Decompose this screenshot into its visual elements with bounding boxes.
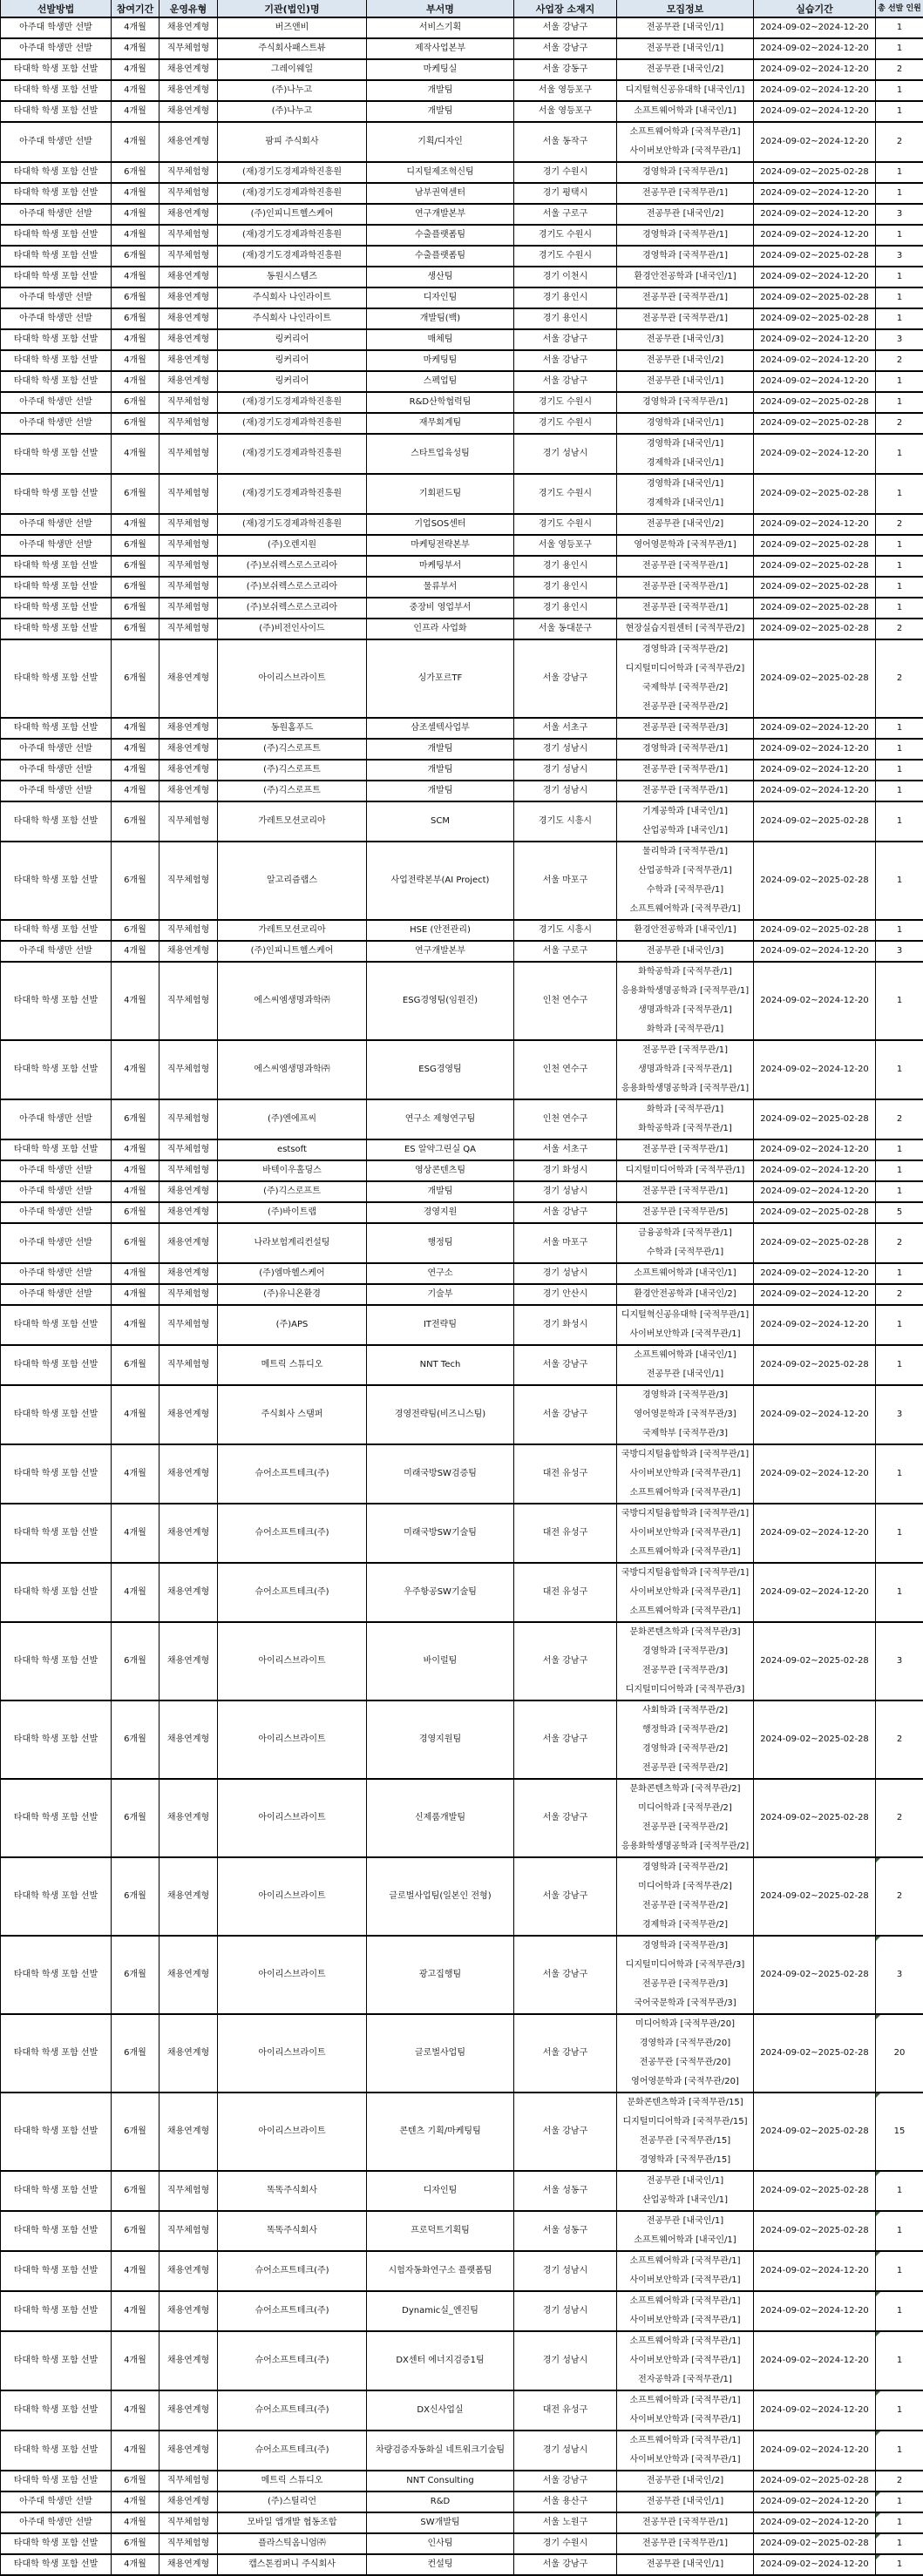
dates-cell: 2024-09-02~2024-12-20 [754, 1563, 876, 1622]
dates-cell: 2024-09-02~2024-12-20 [754, 2390, 876, 2431]
header-dates: 실습기간 [754, 0, 876, 17]
dates-cell: 2024-09-02~2024-12-20 [754, 371, 876, 392]
dates-cell: 2024-09-02~2024-12-20 [754, 59, 876, 80]
location-cell: 경기 성남시 [514, 2251, 617, 2291]
table-row: 타대학 학생 포함 선발4개월채용연계형주식회사 스탬퍼경영전략팀(비즈니스팀)… [1, 1385, 923, 1444]
dates-cell: 2024-09-02~2024-12-20 [754, 739, 876, 760]
method-cell: 타대학 학생 포함 선발 [1, 1139, 112, 1160]
period-cell: 4개월 [112, 38, 159, 59]
table-row: 타대학 학생 포함 선발6개월직무체험형메트릭 스튜디오NNT Consulti… [1, 2471, 923, 2491]
count-cell: 1 [876, 162, 923, 183]
count-cell: 1 [876, 101, 923, 122]
location-cell: 서울 영등포구 [514, 101, 617, 122]
location-cell: 서울 동작구 [514, 122, 617, 162]
recruit-cell: 미디어학과 [국적무관/20]경영학과 [국적무관/20]전공무관 [국적무관/… [617, 2014, 754, 2093]
location-cell: 서울 구로구 [514, 941, 617, 962]
type-cell: 직무체험형 [159, 392, 218, 413]
dept-cell: 연구개발본부 [367, 941, 514, 962]
dept-cell: NNT Consulting [367, 2471, 514, 2491]
table-row: 타대학 학생 포함 선발6개월직무체험형가레트모션코리아HSE (안전관리)경기… [1, 920, 923, 941]
recruit-item: 경제학과 [국적무관/2] [618, 1916, 752, 1935]
location-cell: 서울 성동구 [514, 2171, 617, 2211]
dept-cell: 중장비 영업부서 [367, 598, 514, 619]
dates-cell: 2024-09-02~2025-02-28 [754, 308, 876, 329]
recruit-item: 사이버보안학과 [국적무관/1] [618, 2271, 752, 2290]
count-cell: 1 [876, 2171, 923, 2211]
table-row: 타대학 학생 포함 선발4개월직무체험형(주)APSIT전략팀경기 화성시디지털… [1, 1305, 923, 1345]
table-row: 타대학 학생 포함 선발4개월직무체험형에스씨엠생명과학㈜ESG경영팀(임원진)… [1, 962, 923, 1040]
dept-cell: 영상콘텐츠팀 [367, 1160, 514, 1181]
table-row: 타대학 학생 포함 선발6개월직무체험형(재)경기도경제과학진흥원기회펀드팀경기… [1, 474, 923, 514]
recruit-item: 전공무관 [국적무관/3] [618, 1975, 752, 1994]
recruit-cell: 경영학과 [국적무관/2]디지털미디어학과 [국적무관/2]국제학부 [국적무관… [617, 639, 754, 718]
recruit-item: 경영학과 [국적무관/2] [618, 1740, 752, 1759]
recruit-item: 전공무관 [내국인/1] [618, 2555, 752, 2574]
location-cell: 경기 안산시 [514, 1284, 617, 1305]
location-cell: 경기도 수원시 [514, 392, 617, 413]
recruit-cell: 환경안전공학과 [내국인/2] [617, 1284, 754, 1305]
recruit-item: 전공무관 [내국인/2] [618, 2471, 752, 2491]
dates-cell: 2024-09-02~2024-12-20 [754, 80, 876, 101]
recruit-cell: 국방디지털융합학과 [국적무관/1]사이버보안학과 [국적무관/1]소프트웨어학… [617, 1444, 754, 1504]
recruit-item: 경영학과 [국적무관/2] [618, 640, 752, 659]
dept-cell: 기획/디자인 [367, 122, 514, 162]
org-cell: 주식회사 스탬퍼 [218, 1385, 367, 1444]
method-cell: 타대학 학생 포함 선발 [1, 162, 112, 183]
internship-table: 선발방법 참여기간 운영유형 기관(법인)명 부서명 사업장 소재지 모집정보 … [0, 0, 923, 2576]
org-cell: (주)유니온환경 [218, 1284, 367, 1305]
location-cell: 서울 강남구 [514, 639, 617, 718]
org-cell: (주)긱스로프트 [218, 760, 367, 781]
recruit-item: 경영학과 [국적무관/3] [618, 1937, 752, 1956]
method-cell: 아주대 학생만 선발 [1, 1160, 112, 1181]
type-cell: 채용연계형 [159, 2331, 218, 2390]
type-cell: 직무체험형 [159, 38, 218, 59]
table-row: 아주대 학생만 선발4개월직무체험형(주)유니온환경기술부경기 안산시환경안전공… [1, 1284, 923, 1305]
method-cell: 타대학 학생 포함 선발 [1, 2331, 112, 2390]
table-row: 아주대 학생만 선발4개월채용연계형(주)인피니트헬스케어연구개발본부서울 구로… [1, 941, 923, 962]
recruit-cell: 디지털혁신공유대학 [국적무관/1]사이버보안학과 [국적무관/1] [617, 1305, 754, 1345]
period-cell: 6개월 [112, 2093, 159, 2171]
org-cell: (주)오렌지원 [218, 535, 367, 556]
recruit-item: 디지털미디어학과 [국적무관/1] [618, 1161, 752, 1180]
count-cell: 1 [876, 1263, 923, 1284]
recruit-item: 전공무관 [국적무관/2] [618, 698, 752, 717]
recruit-cell: 화학과 [국적무관/1]화학공학과 [국적무관/1] [617, 1099, 754, 1139]
org-cell: (주)긱스로프트 [218, 1181, 367, 1202]
table-row: 타대학 학생 포함 선발4개월채용연계형(주)나누고개발팀서울 영등포구소프트웨… [1, 101, 923, 122]
recruit-item: 소프트웨어학과 [국적무관/1] [618, 2332, 752, 2351]
recruit-item: 전공무관 [국적무관/1] [618, 1182, 752, 1201]
location-cell: 경기 평택시 [514, 183, 617, 204]
recruit-cell: 전공무관 [내국인/1] [617, 17, 754, 38]
recruit-item: 국어국문학과 [국적무관/3] [618, 1994, 752, 2013]
table-row: 타대학 학생 포함 선발4개월채용연계형슈어소프트테크(주)미래국방SW검증팀대… [1, 1444, 923, 1504]
type-cell: 채용연계형 [159, 1857, 218, 1936]
dept-cell: 우주항공SW기술팀 [367, 1563, 514, 1622]
type-cell: 직무체험형 [159, 1345, 218, 1385]
dept-cell: 개발팀 [367, 760, 514, 781]
recruit-cell: 소프트웨어학과 [내국인/1] [617, 1263, 754, 1284]
dates-cell: 2024-09-02~2025-02-28 [754, 1345, 876, 1385]
dept-cell: 미래국방SW기술팀 [367, 1504, 514, 1563]
org-cell: 아이리스브라이트 [218, 1622, 367, 1700]
recruit-cell: 전공무관 [국적무관/1] [617, 2512, 754, 2533]
type-cell: 채용연계형 [159, 122, 218, 162]
location-cell: 서울 강남구 [514, 1622, 617, 1700]
type-cell: 직무체험형 [159, 225, 218, 246]
method-cell: 타대학 학생 포함 선발 [1, 801, 112, 842]
count-cell: 1 [876, 1444, 923, 1504]
recruit-cell: 소프트웨어학과 [내국인/1] [617, 101, 754, 122]
org-cell: (주)인피니트헬스케어 [218, 204, 367, 225]
org-cell: 동원시스템즈 [218, 267, 367, 287]
recruit-item: 전공무관 [국적무관/1] [618, 1140, 752, 1160]
period-cell: 4개월 [112, 962, 159, 1040]
dates-cell: 2024-09-02~2024-12-20 [754, 17, 876, 38]
recruit-item: 전자공학과 [국적무관/1] [618, 2370, 752, 2390]
org-cell: (주)보쉬렉스로스코리아 [218, 556, 367, 577]
recruit-cell: 전공무관 [국적무관/1] [617, 577, 754, 598]
table-row: 타대학 학생 포함 선발4개월채용연계형슈어소프트테크(주)미래국방SW기술팀대… [1, 1504, 923, 1563]
location-cell: 대전 유성구 [514, 1504, 617, 1563]
table-row: 아주대 학생만 선발4개월직무체험형(재)경기도경제과학진흥원기업SOS센터경기… [1, 514, 923, 535]
method-cell: 타대학 학생 포함 선발 [1, 842, 112, 920]
table-row: 타대학 학생 포함 선발4개월채용연계형링커리어스펙업팀서울 강남구전공무관 [… [1, 371, 923, 392]
org-cell: 슈어소프트테크(주) [218, 2390, 367, 2431]
recruit-item: 화학공학과 [국적무관/1] [618, 963, 752, 982]
period-cell: 4개월 [112, 2491, 159, 2512]
count-cell: 1 [876, 434, 923, 474]
location-cell: 경기 용인시 [514, 287, 617, 308]
count-cell: 3 [876, 246, 923, 267]
count-cell: 1 [876, 598, 923, 619]
recruit-item: 사이버보안학과 [국적무관/1] [618, 142, 752, 161]
table-row: 타대학 학생 포함 선발4개월직무체험형estsoftES 알약그린실 QA서울… [1, 1139, 923, 1160]
period-cell: 4개월 [112, 183, 159, 204]
period-cell: 6개월 [112, 598, 159, 619]
table-row: 타대학 학생 포함 선발4개월직무체험형(재)경기도경제과학진흥원남부권역센터경… [1, 183, 923, 204]
table-row: 타대학 학생 포함 선발6개월채용연계형아이리스브라이트신제품개발팀서울 강남구… [1, 1779, 923, 1857]
table-row: 타대학 학생 포함 선발4개월직무체험형(재)경기도경제과학진흥원수출플랫폼팀경… [1, 225, 923, 246]
method-cell: 아주대 학생만 선발 [1, 122, 112, 162]
recruit-item: 전공무관 [내국인/3] [618, 942, 752, 961]
period-cell: 4개월 [112, 2554, 159, 2575]
location-cell: 서울 강남구 [514, 1345, 617, 1385]
location-cell: 서울 강남구 [514, 1700, 617, 1779]
table-row: 아주대 학생만 선발4개월직무체험형바텍이우홀딩스영상콘텐츠팀경기 화성시디지털… [1, 1160, 923, 1181]
location-cell: 서울 강남구 [514, 371, 617, 392]
method-cell: 타대학 학생 포함 선발 [1, 598, 112, 619]
recruit-item: 경영학과 [국적무관/2] [618, 1858, 752, 1877]
org-cell: 가레트모션코리아 [218, 920, 367, 941]
dept-cell: 개발팀 [367, 781, 514, 801]
org-cell: 에스씨엠생명과학㈜ [218, 1040, 367, 1099]
dept-cell: 차량검증자동화실 네트워크기술팀 [367, 2431, 514, 2471]
type-cell: 직무체험형 [159, 556, 218, 577]
org-cell: 아이리스브라이트 [218, 1857, 367, 1936]
org-cell: (주)보쉬렉스로스코리아 [218, 577, 367, 598]
count-cell: 1 [876, 1345, 923, 1385]
dept-cell: 재무회계팀 [367, 413, 514, 434]
table-row: 타대학 학생 포함 선발4개월직무체험형(재)경기도경제과학진흥원스타트업육성팀… [1, 434, 923, 474]
recruit-item: 전공무관 [국적무관/1] [618, 288, 752, 308]
recruit-cell: 전공무관 [국적무관/3] [617, 718, 754, 739]
period-cell: 6개월 [112, 474, 159, 514]
dept-cell: 생산팀 [367, 267, 514, 287]
org-cell: 캡스톤컴퍼니 주식회사 [218, 2554, 367, 2575]
dept-cell: 마케팅팀 [367, 350, 514, 371]
recruit-cell: 물리학과 [국적무관/1]산업공학과 [국적무관/1]수학과 [국적무관/1]소… [617, 842, 754, 920]
location-cell: 서울 마포구 [514, 1223, 617, 1263]
method-cell: 타대학 학생 포함 선발 [1, 1936, 112, 2014]
method-cell: 타대학 학생 포함 선발 [1, 350, 112, 371]
org-cell: 슈어소프트테크(주) [218, 1563, 367, 1622]
location-cell: 서울 영등포구 [514, 80, 617, 101]
recruit-item: 디지털혁신공유대학 [내국인/1] [618, 81, 752, 100]
org-cell: 링커리어 [218, 329, 367, 350]
location-cell: 경기도 수원시 [514, 514, 617, 535]
org-cell: 슈어소프트테크(주) [218, 1444, 367, 1504]
table-row: 아주대 학생만 선발6개월직무체험형(재)경기도경제과학진흥원R&D산학협력팀경… [1, 392, 923, 413]
dept-cell: 기술부 [367, 1284, 514, 1305]
period-cell: 4개월 [112, 2431, 159, 2471]
table-row: 타대학 학생 포함 선발6개월채용연계형아이리스브라이트콘텐츠 기획/마케팅팀서… [1, 2093, 923, 2171]
recruit-cell: 디지털미디어학과 [국적무관/1] [617, 1160, 754, 1181]
recruit-item: 디지털혁신공유대학 [국적무관/1] [618, 1306, 752, 1325]
recruit-item: 전공무관 [내국인/1] [618, 2492, 752, 2512]
recruit-item: 응용화학생명공학과 [국적무관/1] [618, 982, 752, 1001]
recruit-item: 소프트웨어학과 [국적무관/1] [618, 2252, 752, 2271]
count-cell: 2 [876, 1700, 923, 1779]
dates-cell: 2024-09-02~2025-02-28 [754, 392, 876, 413]
table-row: 타대학 학생 포함 선발6개월직무체험형똑똑주식회사프로덕트기획팀서울 성동구전… [1, 2211, 923, 2251]
recruit-item: 경영학과 [국적무관/1] [618, 247, 752, 266]
period-cell: 6개월 [112, 1223, 159, 1263]
dept-cell: 글로벌사업팀 [367, 2014, 514, 2093]
table-row: 타대학 학생 포함 선발4개월채용연계형동원홈푸드삼조셀텍사업부서울 서초구전공… [1, 718, 923, 739]
recruit-cell: 소프트웨어학과 [국적무관/1]사이버보안학과 [국적무관/1]전자공학과 [국… [617, 2331, 754, 2390]
period-cell: 6개월 [112, 639, 159, 718]
location-cell: 경기도 수원시 [514, 474, 617, 514]
recruit-cell: 전공무관 [내국인/2] [617, 204, 754, 225]
recruit-item: 전공무관 [국적무관/20] [618, 2053, 752, 2072]
recruit-item: 사이버보안학과 [국적무관/1] [618, 1325, 752, 1344]
type-cell: 직무체험형 [159, 598, 218, 619]
location-cell: 경기 성남시 [514, 1263, 617, 1284]
method-cell: 타대학 학생 포함 선발 [1, 2171, 112, 2211]
type-cell: 채용연계형 [159, 639, 218, 718]
recruit-item: 경영학과 [내국인/1] [618, 414, 752, 433]
recruit-item: 전공무관 [내국인/2] [618, 205, 752, 224]
table-row: 타대학 학생 포함 선발6개월직무체험형(주)보쉬렉스로스코리아마케팅부서경기 … [1, 556, 923, 577]
recruit-cell: 전공무관 [국적무관/1] [617, 2533, 754, 2554]
recruit-cell: 경영학과 [내국인/1] [617, 413, 754, 434]
location-cell: 서울 강동구 [514, 59, 617, 80]
period-cell: 4개월 [112, 1284, 159, 1305]
dept-cell: 행정팀 [367, 1223, 514, 1263]
dept-cell: 매체팀 [367, 329, 514, 350]
recruit-item: 전공무관 [국적무관/1] [618, 578, 752, 597]
type-cell: 채용연계형 [159, 329, 218, 350]
recruit-item: 소프트웨어학과 [국적무관/1] [618, 1484, 752, 1503]
dates-cell: 2024-09-02~2024-12-20 [754, 941, 876, 962]
type-cell: 채용연계형 [159, 1202, 218, 1223]
recruit-item: 응용화학생명공학과 [국적무관/1] [618, 1079, 752, 1099]
recruit-item: 화학과 [국적무관/1] [618, 1100, 752, 1119]
type-cell: 직무체험형 [159, 246, 218, 267]
dates-cell: 2024-09-02~2024-12-20 [754, 225, 876, 246]
type-cell: 채용연계형 [159, 2390, 218, 2431]
count-cell: 2 [876, 350, 923, 371]
location-cell: 서울 강남구 [514, 1385, 617, 1444]
method-cell: 타대학 학생 포함 선발 [1, 1345, 112, 1385]
dept-cell: 싱가포르TF [367, 639, 514, 718]
type-cell: 직무체험형 [159, 1305, 218, 1345]
type-cell: 채용연계형 [159, 718, 218, 739]
table-row: 타대학 학생 포함 선발4개월채용연계형슈어소프트테크(주)우주항공SW기술팀대… [1, 1563, 923, 1622]
dept-cell: 미래국방SW검증팀 [367, 1444, 514, 1504]
dates-cell: 2024-09-02~2024-12-20 [754, 350, 876, 371]
count-cell: 1 [876, 577, 923, 598]
period-cell: 6개월 [112, 2171, 159, 2211]
period-cell: 6개월 [112, 920, 159, 941]
location-cell: 경기 수원시 [514, 162, 617, 183]
location-cell: 대전 유성구 [514, 1444, 617, 1504]
location-cell: 서울 강남구 [514, 2093, 617, 2171]
period-cell: 6개월 [112, 801, 159, 842]
type-cell: 채용연계형 [159, 2251, 218, 2291]
recruit-item: 디지털미디어학과 [국적무관/3] [618, 1956, 752, 1975]
period-cell: 4개월 [112, 514, 159, 535]
dates-cell: 2024-09-02~2024-12-20 [754, 434, 876, 474]
dates-cell: 2024-09-02~2025-02-28 [754, 1779, 876, 1857]
table-row: 타대학 학생 포함 선발6개월채용연계형아이리스브라이트싱가포르TF서울 강남구… [1, 639, 923, 718]
dates-cell: 2024-09-02~2024-12-20 [754, 1305, 876, 1345]
method-cell: 타대학 학생 포함 선발 [1, 59, 112, 80]
type-cell: 채용연계형 [159, 1444, 218, 1504]
recruit-item: 전공무관 [내국인/2] [618, 515, 752, 534]
location-cell: 경기 성남시 [514, 2331, 617, 2390]
dates-cell: 2024-09-02~2025-02-28 [754, 1622, 876, 1700]
location-cell: 서울 강남구 [514, 329, 617, 350]
dept-cell: IT전략팀 [367, 1305, 514, 1345]
dates-cell: 2024-09-02~2025-02-28 [754, 1202, 876, 1223]
period-cell: 4개월 [112, 739, 159, 760]
recruit-item: 소프트웨어학과 [국적무관/1] [618, 123, 752, 142]
org-cell: (재)경기도경제과학진흥원 [218, 225, 367, 246]
table-row: 타대학 학생 포함 선발6개월직무체험형(주)비전인사이드인프라 사업화서울 동… [1, 619, 923, 639]
period-cell: 4개월 [112, 371, 159, 392]
location-cell: 서울 서초구 [514, 1139, 617, 1160]
period-cell: 6개월 [112, 1202, 159, 1223]
table-row: 아주대 학생만 선발4개월채용연계형(주)긱스로프트개발팀경기 성남시경영학과 … [1, 739, 923, 760]
dept-cell: 마케팅전략본부 [367, 535, 514, 556]
location-cell: 경기 용인시 [514, 598, 617, 619]
count-cell: 1 [876, 2554, 923, 2575]
table-row: 아주대 학생만 선발4개월채용연계형팜피 주식회사기획/디자인서울 동작구소프트… [1, 122, 923, 162]
count-cell: 1 [876, 962, 923, 1040]
count-cell: 1 [876, 2512, 923, 2533]
org-cell: (주)APS [218, 1305, 367, 1345]
count-cell: 3 [876, 1936, 923, 2014]
recruit-item: 전공무관 [내국인/1] [618, 1365, 752, 1384]
dates-cell: 2024-09-02~2025-02-28 [754, 287, 876, 308]
recruit-cell: 경영학과 [국적무관/3]디지털미디어학과 [국적무관/3]전공무관 [국적무관… [617, 1936, 754, 2014]
org-cell: 똑똑주식회사 [218, 2171, 367, 2211]
count-cell: 1 [876, 1305, 923, 1345]
dates-cell: 2024-09-02~2024-12-20 [754, 1263, 876, 1284]
dates-cell: 2024-09-02~2024-12-20 [754, 267, 876, 287]
org-cell: (재)경기도경제과학진흥원 [218, 183, 367, 204]
method-cell: 아주대 학생만 선발 [1, 535, 112, 556]
location-cell: 경기 이천시 [514, 267, 617, 287]
recruit-cell: 경영학과 [내국인/1]경제학과 [내국인/1] [617, 434, 754, 474]
org-cell: 그레이웨일 [218, 59, 367, 80]
recruit-item: 경영학과 [내국인/1] [618, 475, 752, 494]
dept-cell: 수출플랫폼팀 [367, 246, 514, 267]
recruit-cell: 디지털혁신공유대학 [내국인/1] [617, 80, 754, 101]
count-cell: 5 [876, 1202, 923, 1223]
method-cell: 타대학 학생 포함 선발 [1, 718, 112, 739]
period-cell: 4개월 [112, 781, 159, 801]
recruit-item: 소프트웨어학과 [내국인/1] [618, 1264, 752, 1283]
recruit-item: 전공무관 [국적무관/1] [618, 2513, 752, 2532]
period-cell: 4개월 [112, 1504, 159, 1563]
method-cell: 타대학 학생 포함 선발 [1, 2554, 112, 2575]
method-cell: 타대학 학생 포함 선발 [1, 2390, 112, 2431]
count-cell: 2 [876, 2471, 923, 2491]
type-cell: 직무체험형 [159, 183, 218, 204]
org-cell: 주식회사 나인라이트 [218, 287, 367, 308]
location-cell: 대전 유성구 [514, 1563, 617, 1622]
period-cell: 4개월 [112, 1160, 159, 1181]
period-cell: 6개월 [112, 1622, 159, 1700]
dept-cell: R&D산학협력팀 [367, 392, 514, 413]
recruit-item: 소프트웨어학과 [내국인/1] [618, 2231, 752, 2250]
org-cell: 아이리스브라이트 [218, 1700, 367, 1779]
recruit-cell: 전공무관 [국적무관/1] [617, 308, 754, 329]
recruit-item: 화학공학과 [국적무관/1] [618, 1119, 752, 1139]
dates-cell: 2024-09-02~2025-02-28 [754, 2471, 876, 2491]
location-cell: 서울 마포구 [514, 842, 617, 920]
period-cell: 4개월 [112, 329, 159, 350]
dates-cell: 2024-09-02~2025-02-28 [754, 1099, 876, 1139]
count-cell: 1 [876, 1563, 923, 1622]
type-cell: 직무체험형 [159, 2512, 218, 2533]
dates-cell: 2024-09-02~2024-12-20 [754, 2512, 876, 2533]
method-cell: 아주대 학생만 선발 [1, 1202, 112, 1223]
dept-cell: 컨설팅 [367, 2554, 514, 2575]
type-cell: 직무체험형 [159, 962, 218, 1040]
method-cell: 타대학 학생 포함 선발 [1, 1305, 112, 1345]
type-cell: 직무체험형 [159, 2533, 218, 2554]
location-cell: 서울 서초구 [514, 718, 617, 739]
recruit-cell: 전공무관 [국적무관/1] [617, 183, 754, 204]
recruit-item: 전공무관 [국적무관/3] [618, 719, 752, 738]
count-cell: 1 [876, 267, 923, 287]
location-cell: 서울 강남구 [514, 38, 617, 59]
recruit-item: 전공무관 [국적무관/1] [618, 557, 752, 576]
type-cell: 채용연계형 [159, 267, 218, 287]
dept-cell: 연구소 제형연구팀 [367, 1099, 514, 1139]
recruit-item: 수학과 [국적무관/1] [618, 1243, 752, 1262]
org-cell: 아이리스브라이트 [218, 639, 367, 718]
recruit-item: 전공무관 [내국인/1] [618, 39, 752, 58]
period-cell: 4개월 [112, 1563, 159, 1622]
count-cell: 2 [876, 413, 923, 434]
type-cell: 직무체험형 [159, 577, 218, 598]
